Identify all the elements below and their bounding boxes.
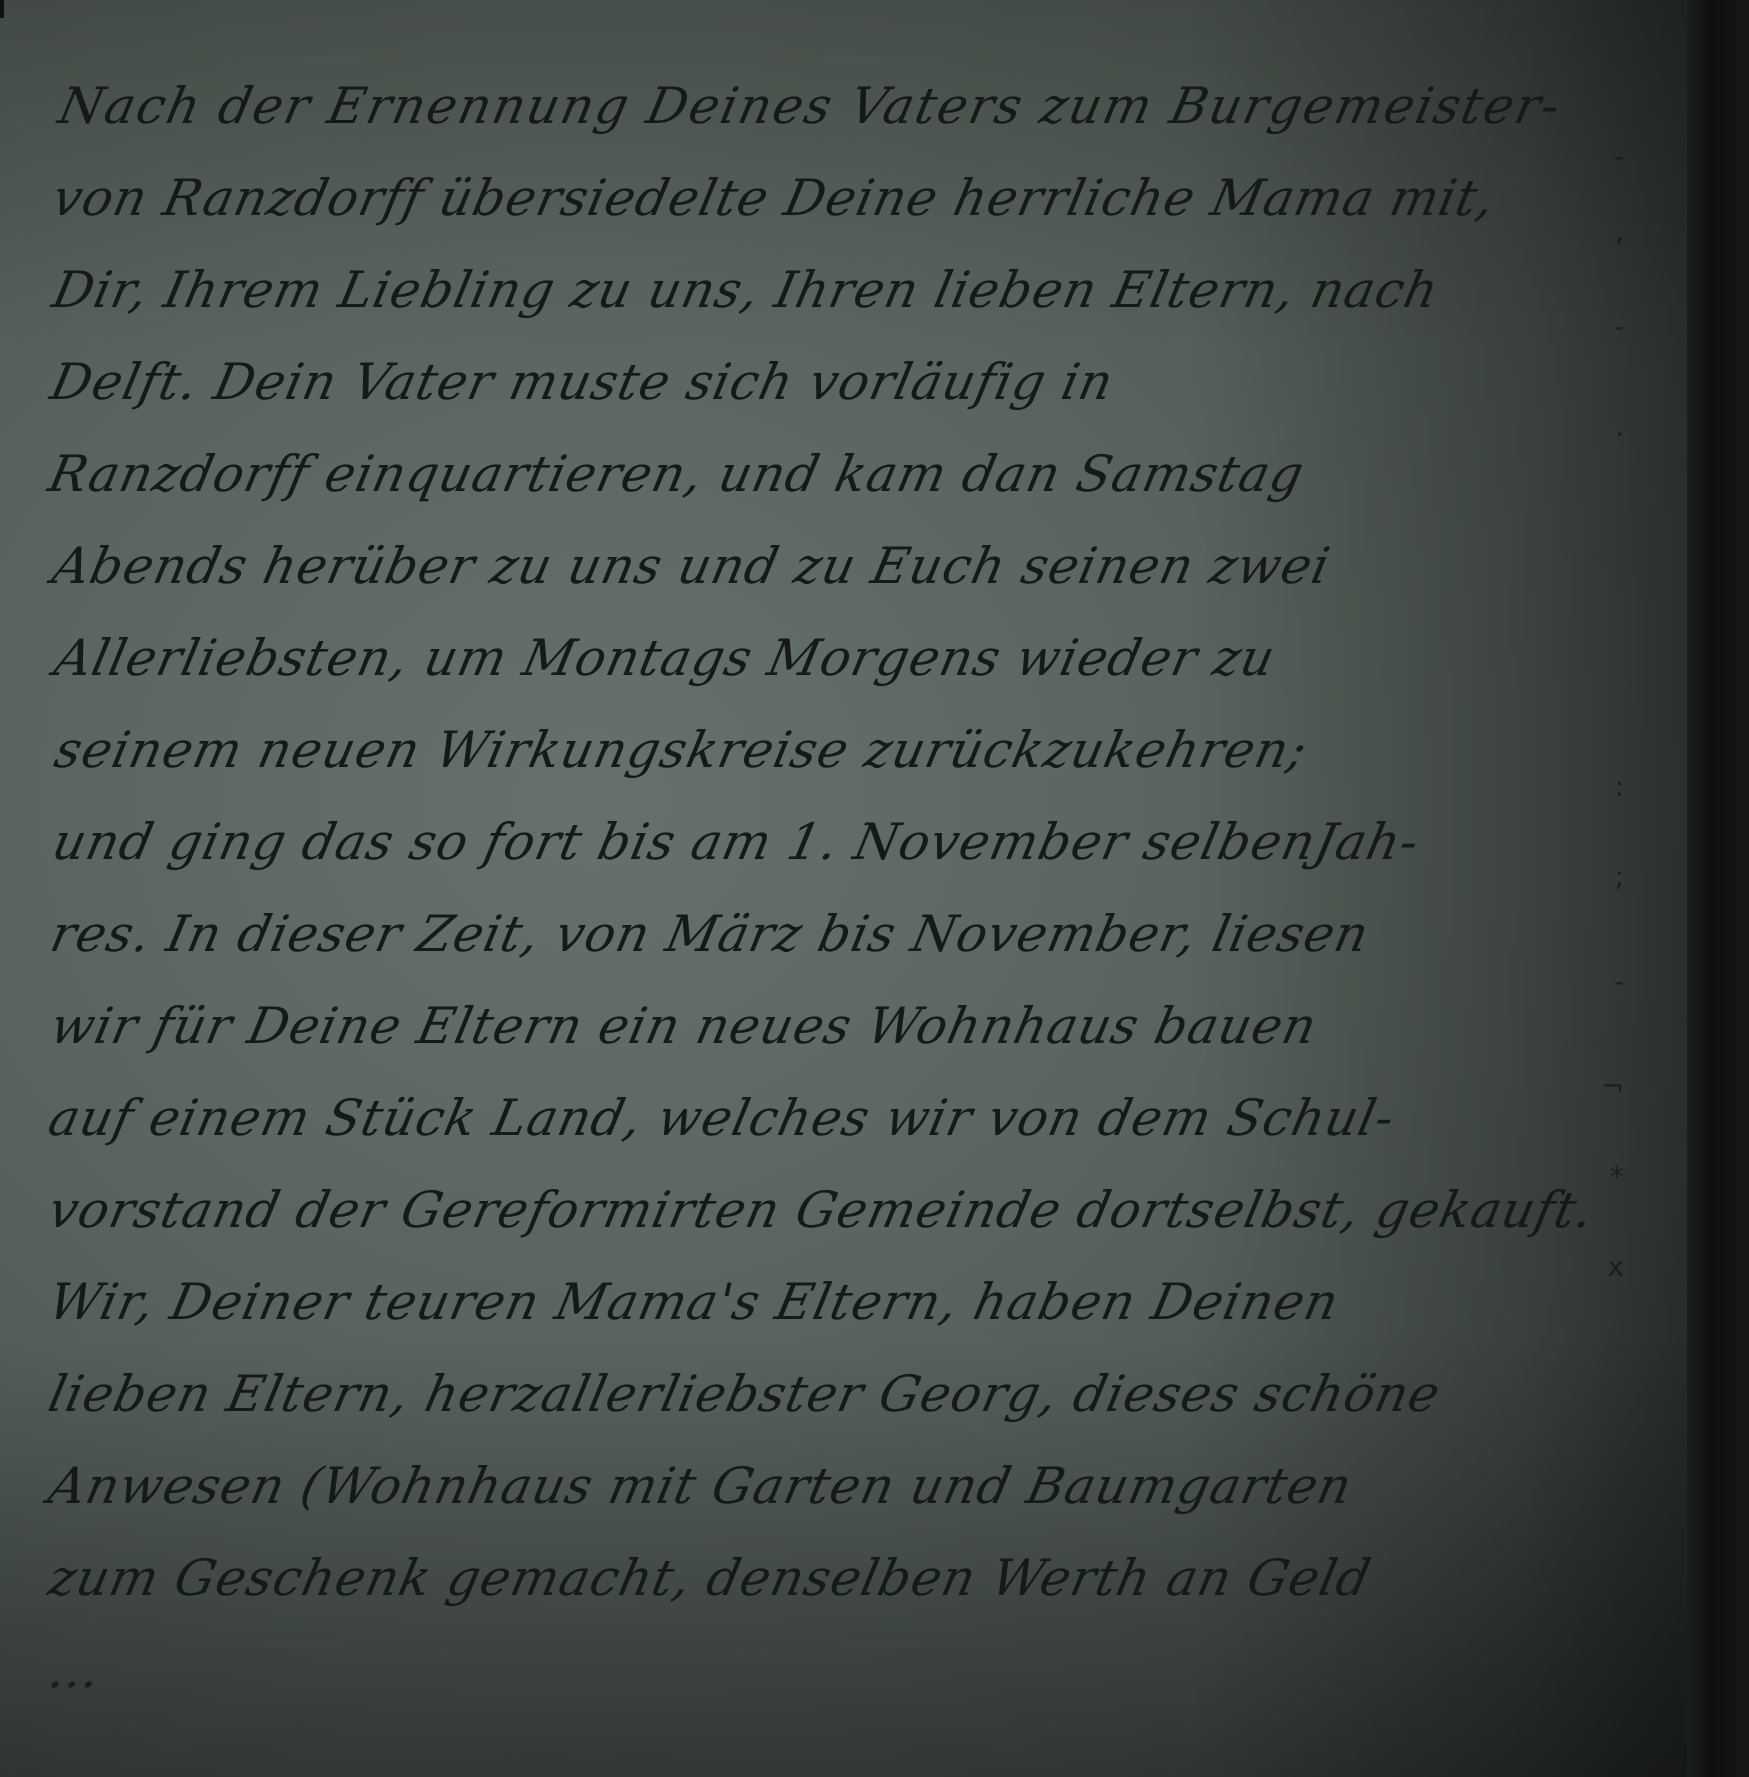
text-line-9: und ging das so fort bis am 1. November … <box>40 796 1700 888</box>
document-photo: Nach der Ernennung Deines Vaters zum Bur… <box>0 0 1749 1777</box>
text-line-11: wir für Deine Eltern ein neues Wohnhaus … <box>40 980 1700 1072</box>
margin-mark: ; <box>1615 860 1624 893</box>
margin-mark: : <box>1615 770 1624 803</box>
text-line-10: res. In dieser Zeit, von März bis Novemb… <box>40 888 1700 980</box>
text-line-8: seinem neuen Wirkungskreise zurückzukehr… <box>40 704 1700 796</box>
margin-mark: * <box>1610 1160 1624 1193</box>
book-binding-shadow <box>1687 0 1749 1777</box>
margin-mark: - <box>1614 140 1624 173</box>
text-line-17: zum Geschenk gemacht, denselben Werth an… <box>40 1532 1700 1624</box>
margin-mark: - <box>1614 965 1624 998</box>
text-line-16: Anwesen (Wohnhaus mit Garten und Baumgar… <box>40 1440 1700 1532</box>
margin-mark: - <box>1614 310 1624 343</box>
text-line-1: Nach der Ernennung Deines Vaters zum Bur… <box>40 60 1700 152</box>
text-line-13: vorstand der Gereformirten Gemeinde dort… <box>40 1164 1700 1256</box>
text-line-3: Dir, Ihrem Liebling zu uns, Ihren lieben… <box>40 244 1700 336</box>
margin-mark: ¬ <box>1601 1070 1624 1103</box>
text-line-6: Abends herüber zu uns und zu Euch seinen… <box>40 520 1700 612</box>
text-line-7: Allerliebsten, um Montags Morgens wieder… <box>40 612 1700 704</box>
text-line-5: Ranzdorff einquartieren, und kam dan Sam… <box>40 428 1700 520</box>
text-line-4: Delft. Dein Vater muste sich vorläufig i… <box>40 336 1700 428</box>
text-line-12: auf einem Stück Land, welches wir von de… <box>40 1072 1700 1164</box>
text-line-15: lieben Eltern, herzallerliebster Georg, … <box>40 1348 1700 1440</box>
margin-mark: . <box>1615 410 1624 443</box>
text-line-18-partial: … <box>40 1624 1700 1716</box>
text-line-2: von Ranzdorff übersiedelte Deine herrlic… <box>40 152 1700 244</box>
handwritten-page: Nach der Ernennung Deines Vaters zum Bur… <box>0 0 1690 1777</box>
corner-mark <box>0 0 4 18</box>
text-line-14: Wir, Deiner teuren Mama's Eltern, haben … <box>40 1256 1700 1348</box>
margin-mark: , <box>1615 215 1624 248</box>
handwritten-text-block: Nach der Ernennung Deines Vaters zum Bur… <box>40 60 1680 1716</box>
margin-mark: x <box>1607 1250 1624 1283</box>
right-margin-marks: - , - . : ; - ¬ * x <box>1586 0 1626 1777</box>
